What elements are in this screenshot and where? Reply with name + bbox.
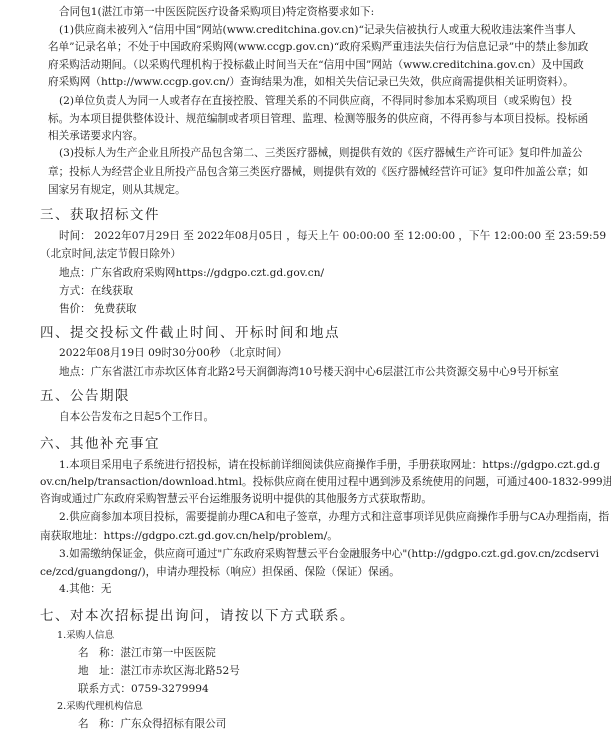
purchaser-name: 名 称：湛江市第一中医医院: [78, 646, 216, 660]
agency-title: 2.采购代理机构信息: [57, 700, 143, 714]
agency-name: 名 称：广东众得招标有限公司: [78, 717, 226, 731]
section6-item3-line1: 3.如需缴纳保证金，供应商可通过"广东政府采购智慧云平台金融服务中心"(http…: [59, 547, 568, 561]
section3-time-line2: （北京时间,法定节假日除外）: [40, 247, 181, 261]
section6-item2-line1: 2.供应商参加本项目投标，需要提前办理CA和电子签章，办理方式和注意事项详见供应…: [59, 510, 568, 524]
purchaser-address: 地 址：湛江市赤坎区海北路52号: [78, 664, 240, 678]
section6-item3-line2: ce/zcd/guangdong/)，申请办理投标（响应）担保函、保险（保证）保…: [40, 565, 400, 579]
section5-heading: 五、公告期限: [40, 387, 130, 405]
section3-method: 方式：在线获取: [59, 284, 133, 298]
qualification-item1-line4: 府采购网（http://www.ccgp.gov.cn/）查询结果为准，如相关失…: [48, 75, 574, 89]
announcement-page: 合同包1(湛江市第一中医医院医疗设备采购项目)特定资格要求如下: (1)供应商未…: [0, 0, 611, 741]
qualification-item3-line2: 章；投标人为经营企业且所投产品包含第三类医疗器械，则提供有效的《医疗器械经营许可…: [48, 165, 568, 179]
qualification-item1-line3: 府采购活动期间。（以采购代理机构于投标截止时间当天在“信用中国”网站（www.c…: [48, 58, 568, 72]
section6-item1-line3: 咨询或通过广东政府采购智慧云平台运维服务说明中提供的其他服务方式获取帮助。: [40, 492, 432, 506]
section6-item4: 4.其他：无: [59, 582, 111, 596]
qualification-item2-line2: 标。为本项目提供整体设计、规范编制或者项目管理、监理、检测等服务的供应商，不得再…: [48, 112, 568, 126]
section6-item1-line1: 1.本项目采用电子系统进行招投标，请在投标前详细阅读供应商操作手册，手册获取网址…: [59, 458, 568, 472]
section6-item2-line2: 南获取地址：https://gdgpo.czt.gd.gov.cn/help/p…: [40, 529, 338, 543]
section6-heading: 六、其他补充事宜: [40, 435, 160, 453]
section4-heading: 四、提交投标文件截止时间、开标时间和地点: [40, 324, 340, 342]
qualification-item3-line3: 国家另有规定，则从其规定。: [48, 183, 186, 197]
section4-deadline: 2022年08月19日 09时30分00秒 （北京时间）: [59, 346, 287, 360]
section7-heading: 七、对本次招标提出询问，请按以下方式联系。: [40, 607, 355, 625]
section3-time-line1: 时间： 2022年07月29日 至 2022年08月05日 ，每天上午 00:0…: [59, 229, 568, 243]
qualification-item1-line1: (1)供应商未被列入“信用中国”网站(www.creditchina.gov.c…: [59, 23, 568, 37]
qualification-item2-line1: (2)单位负责人为同一人或者存在直接控股、管理关系的不同供应商，不得同时参加本采…: [59, 94, 568, 108]
qualification-item3-line1: (3)投标人为生产企业且所投产品包含第二、三类医疗器械，则提供有效的《医疗器械生…: [59, 146, 568, 160]
section4-location: 地点：广东省湛江市赤坎区体育北路2号天润御海湾10号楼天润中心6层湛江市公共资源…: [59, 365, 559, 379]
purchaser-title: 1.采购人信息: [57, 629, 114, 643]
qualification-item2-line3: 相关承诺要求内容。: [48, 129, 143, 143]
qualification-item1-line2: 名单”记录名单；不处于中国政府采购网(www.ccgp.gov.cn)“政府采购…: [48, 40, 568, 54]
section3-heading: 三、获取招标文件: [40, 206, 160, 224]
section3-price: 售价： 免费获取: [59, 302, 137, 316]
section3-location: 地点：广东省政府采购网https://gdgpo.czt.gd.gov.cn/: [59, 266, 324, 280]
section5-text: 自本公告发布之日起5个工作日。: [59, 410, 214, 424]
purchaser-contact: 联系方式：0759-3279994: [78, 682, 209, 696]
section6-item1-line2: ov.cn/help/transaction/download.html。投标供…: [40, 475, 568, 489]
qualification-intro: 合同包1(湛江市第一中医医院医疗设备采购项目)特定资格要求如下:: [59, 5, 374, 19]
